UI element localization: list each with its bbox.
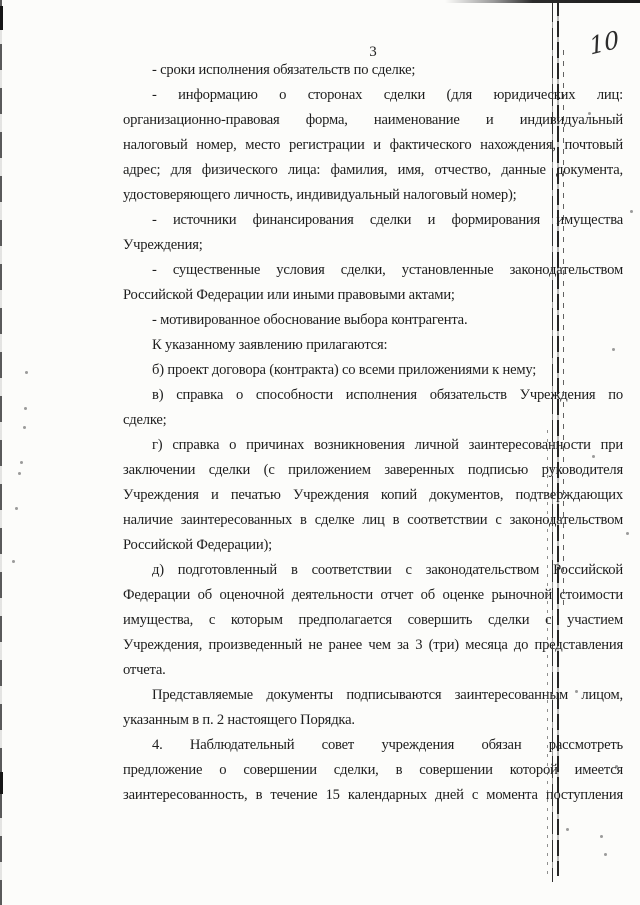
text-line: 4. Наблюдательный совет учреждения обяза… — [123, 733, 623, 758]
text-line: в) справка о способности исполнения обяз… — [123, 383, 623, 408]
scan-speck — [20, 461, 23, 464]
scan-speck — [24, 407, 27, 410]
text-line: адрес; для физического лица: фамилия, им… — [123, 158, 623, 183]
text-line: налоговый номер, место регистрации и фак… — [123, 133, 623, 158]
text-line: заинтересованность, в течение 15 календа… — [123, 783, 623, 808]
text-line: удостоверяющего личность, индивидуальный… — [123, 183, 623, 208]
text-line: д) подготовленный в соответствии с закон… — [123, 558, 623, 583]
text-line: - существенные условия сделки, установле… — [123, 258, 623, 283]
text-line: Российской Федерации или иными правовыми… — [123, 283, 623, 308]
text-line: организационно-правовая форма, наименова… — [123, 108, 623, 133]
scan-edge-mark — [0, 772, 3, 794]
scan-speck — [604, 853, 607, 856]
text-line: Учреждения, произведенный не ранее чем з… — [123, 633, 623, 658]
text-line: сделке; — [123, 408, 623, 433]
text-line: Представляемые документы подписываются з… — [123, 683, 623, 708]
scan-edge-shadow — [0, 0, 2, 905]
text-line: указанным в п. 2 настоящего Порядка. — [123, 708, 623, 733]
scan-edge-mark — [0, 6, 3, 30]
text-line: Федерации об оценочной деятельности отче… — [123, 583, 623, 608]
text-line: К указанному заявлению прилагаются: — [123, 333, 623, 358]
text-line: предложение о совершении сделки, в совер… — [123, 758, 623, 783]
scan-speck — [25, 371, 28, 374]
text-line: отчета. — [123, 658, 623, 683]
text-line: б) проект договора (контракта) со всеми … — [123, 358, 623, 383]
scan-speck — [12, 560, 15, 563]
text-line: - мотивированное обоснование выбора конт… — [123, 308, 623, 333]
text-line: - сроки исполнения обязательств по сделк… — [123, 58, 623, 83]
text-line: заключении сделки (с приложением заверен… — [123, 458, 623, 483]
scan-speck — [18, 472, 21, 475]
text-line: наличие заинтересованных в сделке лиц в … — [123, 508, 623, 533]
text-line: Российской Федерации); — [123, 533, 623, 558]
document-body: - сроки исполнения обязательств по сделк… — [123, 58, 623, 808]
scan-speck — [630, 210, 633, 213]
scan-edge-shadow — [445, 0, 640, 3]
text-line: Учреждения и печатью Учреждения копий до… — [123, 483, 623, 508]
text-line: - источники финансирования сделки и форм… — [123, 208, 623, 233]
text-line: г) справка о причинах возникновения личн… — [123, 433, 623, 458]
text-line: имущества, с которым предполагается сове… — [123, 608, 623, 633]
scan-speck — [23, 426, 26, 429]
scan-speck — [15, 507, 18, 510]
scan-speck — [600, 835, 603, 838]
scanned-document-page: 3 10 - сроки исполнения обязательств по … — [0, 0, 640, 905]
scan-speck — [566, 828, 569, 831]
text-line: Учреждения; — [123, 233, 623, 258]
scan-speck — [626, 532, 629, 535]
text-line: - информацию о сторонах сделки (для юрид… — [123, 83, 623, 108]
